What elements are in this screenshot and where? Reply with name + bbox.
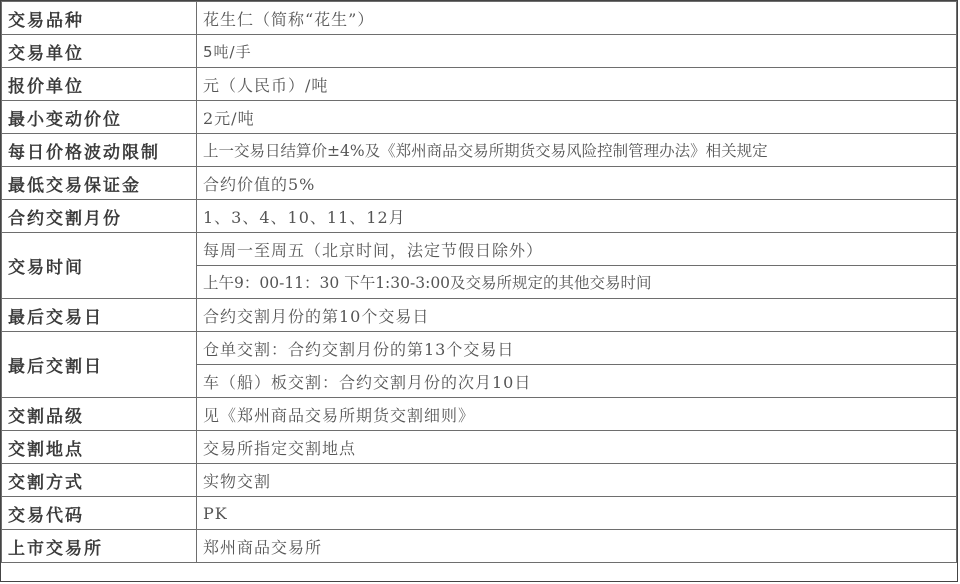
row-value: 元（人民币）/吨 <box>197 68 957 101</box>
row-label: 交割方式 <box>2 464 197 497</box>
row-label: 报价单位 <box>2 68 197 101</box>
table-row: 每日价格波动限制 上一交易日结算价±4%及《郑州商品交易所期货交易风险控制管理办… <box>2 134 957 167</box>
row-label: 上市交易所 <box>2 530 197 563</box>
row-label: 交易时间 <box>2 233 197 299</box>
row-value: 仓单交割：合约交割月份的第13个交易日 <box>197 332 957 365</box>
table-row: 上市交易所 郑州商品交易所 <box>2 530 957 563</box>
row-value: 5吨/手 <box>197 35 957 68</box>
table-row: 交易代码 PK <box>2 497 957 530</box>
row-label: 每日价格波动限制 <box>2 134 197 167</box>
row-label: 交割地点 <box>2 431 197 464</box>
row-value: PK <box>197 497 957 530</box>
row-label: 最小变动价位 <box>2 101 197 134</box>
row-value: 交易所指定交割地点 <box>197 431 957 464</box>
row-value: 见《郑州商品交易所期货交割细则》 <box>197 398 957 431</box>
row-value: 车（船）板交割：合约交割月份的次月10日 <box>197 365 957 398</box>
table-row: 最低交易保证金 合约价值的5% <box>2 167 957 200</box>
row-label: 最后交割日 <box>2 332 197 398</box>
table-row: 报价单位 元（人民币）/吨 <box>2 68 957 101</box>
row-label: 最低交易保证金 <box>2 167 197 200</box>
table-row: 交易品种 花生仁（简称“花生”） <box>2 2 957 35</box>
table-row: 合约交割月份 1、3、4、10、11、12月 <box>2 200 957 233</box>
row-value: 郑州商品交易所 <box>197 530 957 563</box>
row-label: 交易品种 <box>2 2 197 35</box>
row-value: 上一交易日结算价±4%及《郑州商品交易所期货交易风险控制管理办法》相关规定 <box>197 134 957 167</box>
table-row: 交割品级 见《郑州商品交易所期货交割细则》 <box>2 398 957 431</box>
table-row: 交割方式 实物交割 <box>2 464 957 497</box>
row-value: 合约价值的5% <box>197 167 957 200</box>
row-label: 合约交割月份 <box>2 200 197 233</box>
table-row: 交易时间 每周一至周五（北京时间，法定节假日除外） <box>2 233 957 266</box>
table-row: 交易单位 5吨/手 <box>2 35 957 68</box>
table-row: 最小变动价位 2元/吨 <box>2 101 957 134</box>
table-row: 最后交易日 合约交割月份的第10个交易日 <box>2 299 957 332</box>
row-label: 最后交易日 <box>2 299 197 332</box>
contract-spec-table: 交易品种 花生仁（简称“花生”） 交易单位 5吨/手 报价单位 元（人民币）/吨… <box>1 1 957 563</box>
row-label: 交易代码 <box>2 497 197 530</box>
row-value: 每周一至周五（北京时间，法定节假日除外） <box>197 233 957 266</box>
row-value: 合约交割月份的第10个交易日 <box>197 299 957 332</box>
row-value: 实物交割 <box>197 464 957 497</box>
table-row: 最后交割日 仓单交割：合约交割月份的第13个交易日 <box>2 332 957 365</box>
table-row: 交割地点 交易所指定交割地点 <box>2 431 957 464</box>
row-value: 花生仁（简称“花生”） <box>197 2 957 35</box>
row-label: 交易单位 <box>2 35 197 68</box>
row-value: 2元/吨 <box>197 101 957 134</box>
row-value: 上午9：00-11：30 下午1:30-3:00及交易所规定的其他交易时间 <box>197 266 957 299</box>
row-label: 交割品级 <box>2 398 197 431</box>
row-value: 1、3、4、10、11、12月 <box>197 200 957 233</box>
